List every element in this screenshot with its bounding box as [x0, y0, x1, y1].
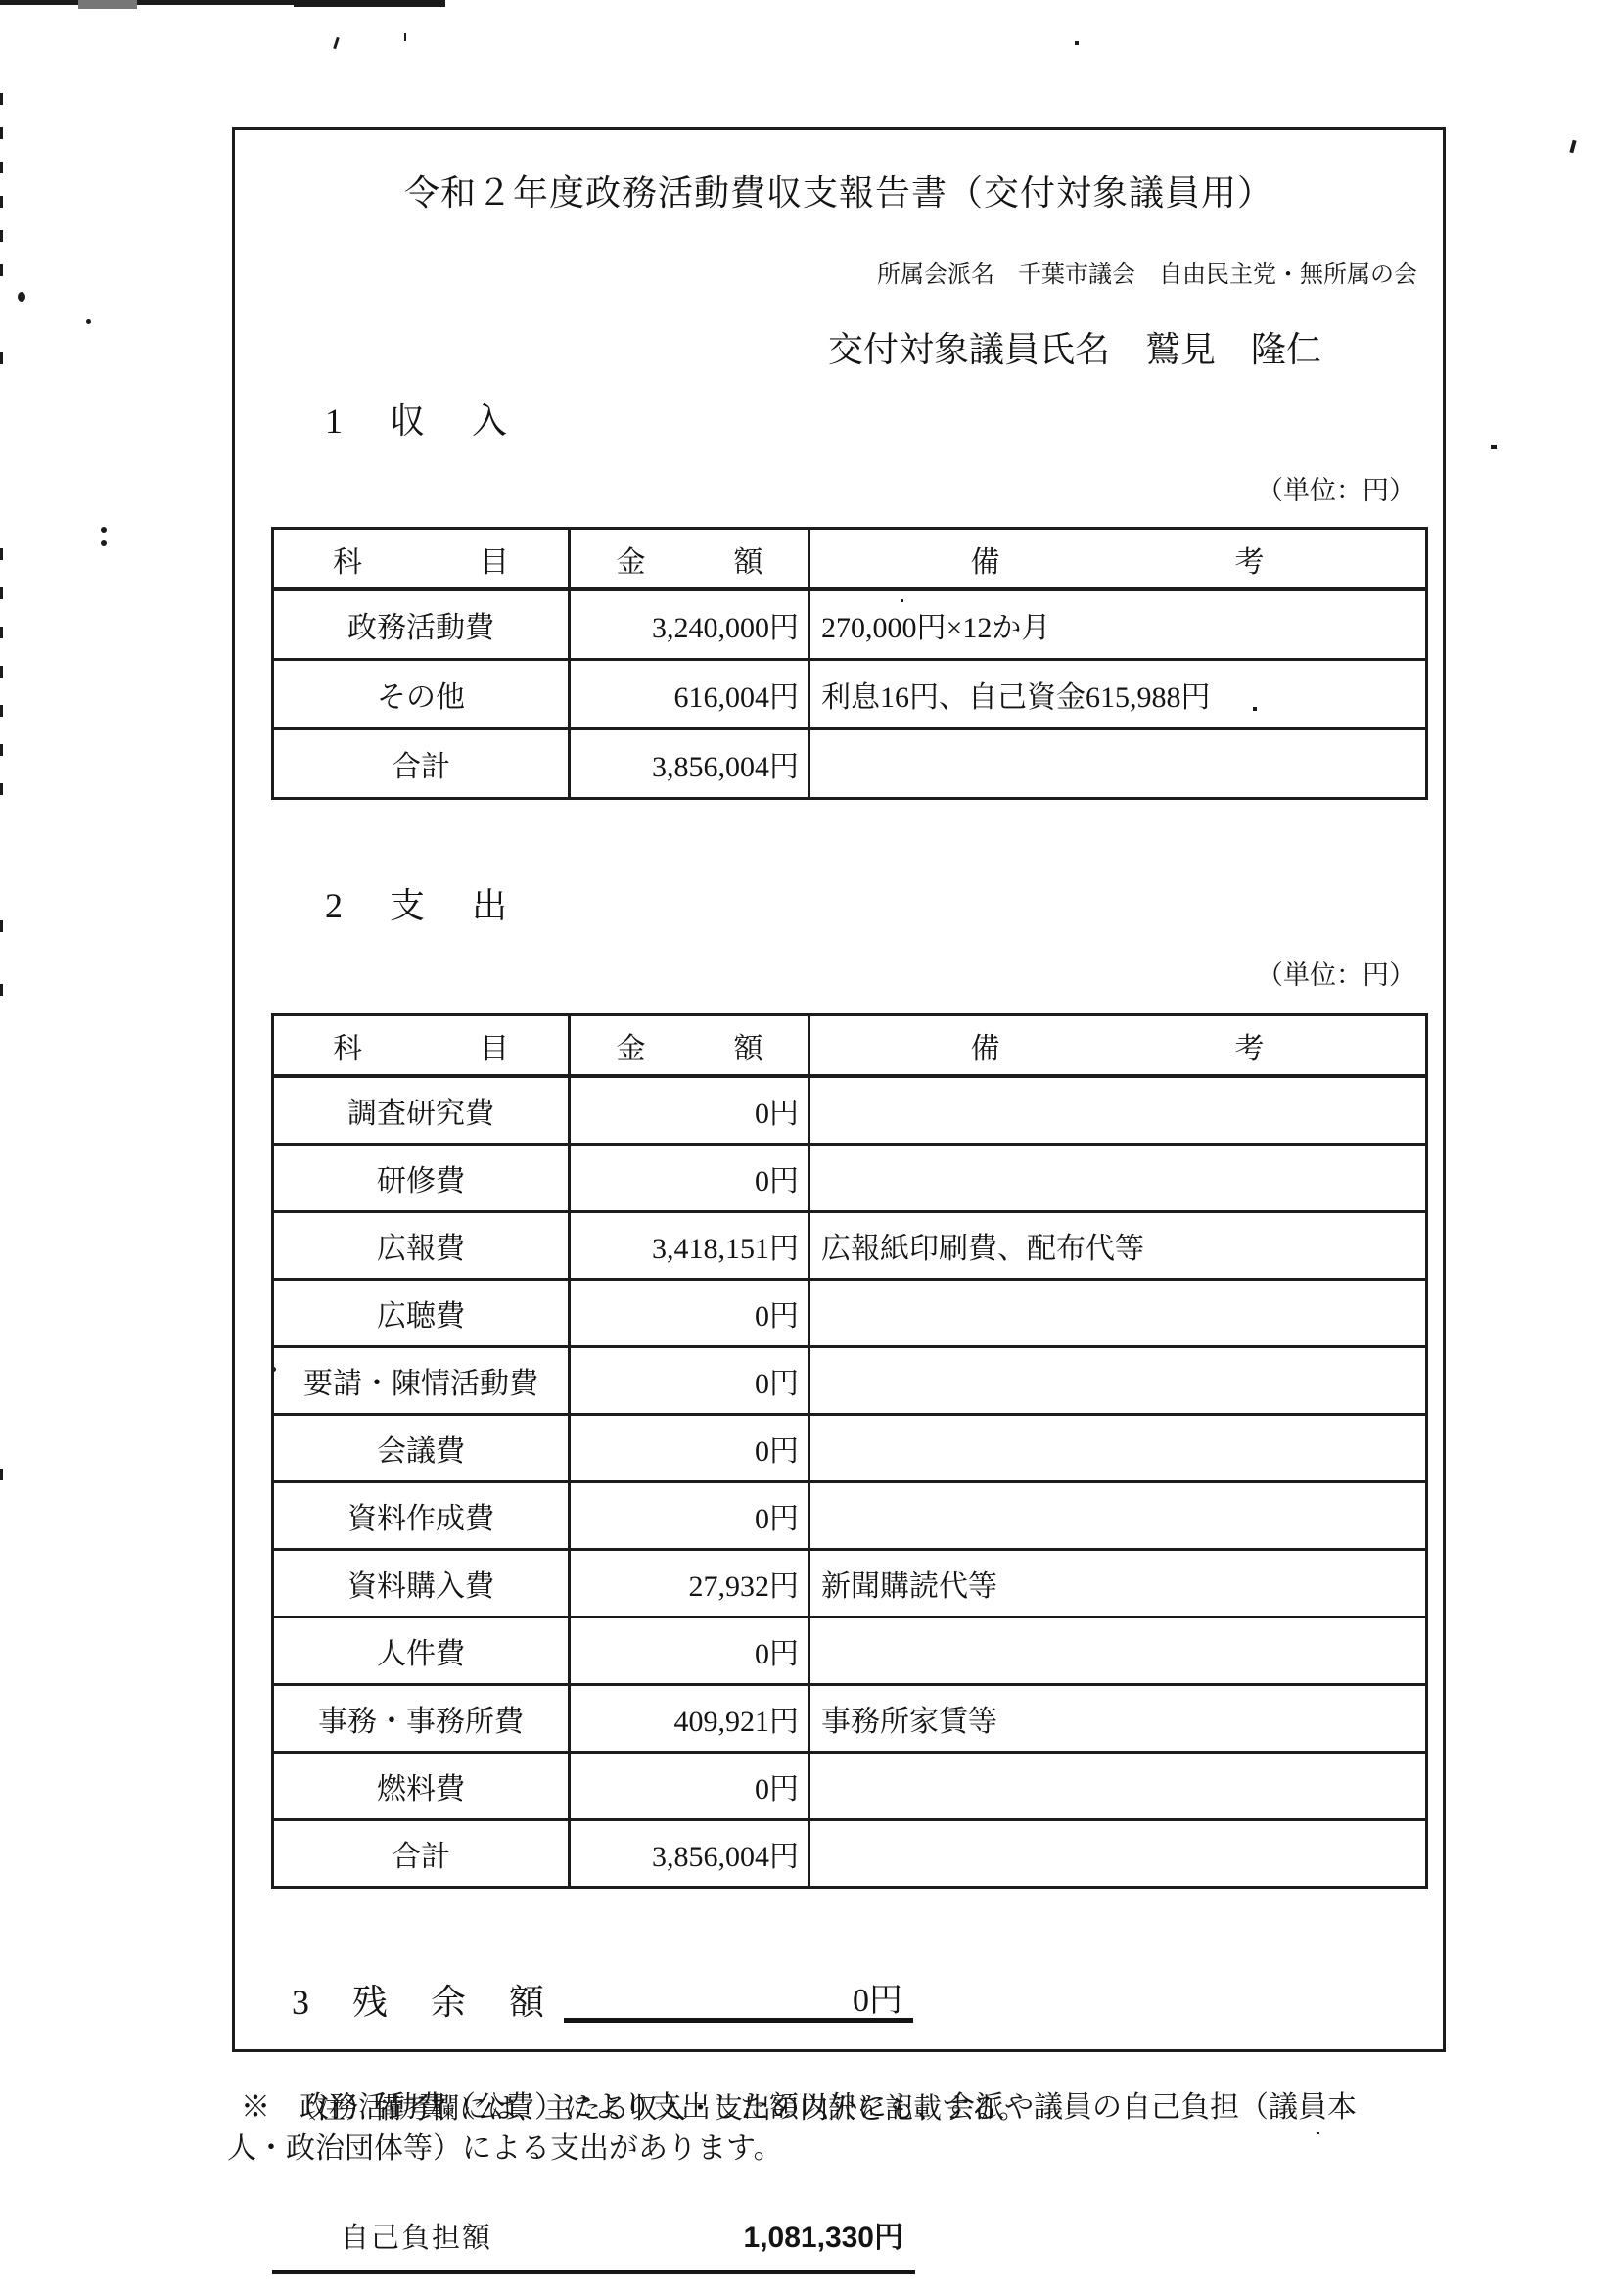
report-title: 令和２年度政務活動費収支報告書（交付対象議員用）	[235, 165, 1443, 215]
amount-cell: 0円	[570, 1076, 809, 1145]
scan-artifact	[0, 587, 3, 599]
amount-cell: 616,004円	[570, 660, 809, 729]
scan-artifact	[0, 162, 3, 173]
scan-artifact	[1491, 445, 1497, 449]
footnote-line-1: ※ 政務活動費（公費）により支出した額以外にも、会派や議員の自己負担（議員本	[227, 2087, 1500, 2129]
scan-artifact	[0, 1469, 3, 1480]
note-cell	[809, 1617, 1427, 1685]
note-cell	[809, 729, 1427, 799]
expense-row: 事務・事務所費 409,921円 事務所家賃等	[273, 1685, 1427, 1753]
item-cell: 研修費	[273, 1145, 570, 1212]
item-cell: 事務・事務所費	[273, 1685, 570, 1753]
amount-cell: 0円	[570, 1347, 809, 1415]
amount-cell: 3,418,151円	[570, 1212, 809, 1280]
income-row: 合計 3,856,004円	[273, 729, 1427, 799]
scan-artifact	[1569, 140, 1576, 154]
expense-table: 科 目 金 額 備 考 調査研究費 0円 研修費 0円	[271, 1013, 1428, 1889]
scan-artifact	[86, 319, 91, 324]
col-header-amount: 金 額	[570, 1015, 809, 1077]
unit-note-income: （単位：円）	[235, 469, 1443, 507]
amount-cell: 3,856,004円	[570, 1820, 809, 1888]
self-burden-amount: 1,081,330円	[744, 2213, 903, 2256]
note-cell	[809, 1482, 1427, 1550]
scan-artifact	[294, 0, 445, 7]
section-heading-expense: 2 支 出	[325, 878, 1443, 928]
expense-row: 人件費 0円	[273, 1617, 1427, 1685]
income-row: 政務活動費 3,240,000円 270,000円×12か月	[273, 589, 1427, 660]
expense-row: 燃料費 0円	[273, 1753, 1427, 1820]
amount-cell: 0円	[570, 1145, 809, 1212]
note-cell	[809, 1347, 1427, 1415]
section-heading-income: 1 収 入	[325, 394, 1443, 444]
scan-artifact	[0, 984, 3, 996]
col-header-item: 科 目	[273, 529, 570, 590]
item-cell: 政務活動費	[273, 589, 570, 660]
scan-artifact	[0, 627, 3, 638]
expense-row: 広聴費 0円	[273, 1280, 1427, 1347]
note-cell	[809, 1145, 1427, 1212]
scan-artifact	[0, 783, 3, 795]
scan-artifact	[0, 548, 3, 560]
note-cell	[809, 1415, 1427, 1482]
scan-artifact	[0, 196, 3, 208]
expense-row: 広報費 3,418,151円 広報紙印刷費、配布代等	[273, 1212, 1427, 1280]
note-cell: 利息16円、自己資金615,988円	[809, 660, 1427, 729]
self-burden-row: 自己負担額 1,081,330円	[272, 2201, 915, 2274]
scan-artifact	[333, 37, 340, 49]
item-cell: 資料購入費	[273, 1550, 570, 1617]
scan-artifact	[0, 705, 3, 717]
scanned-report-page: 令和２年度政務活動費収支報告書（交付対象議員用） 所属会派名 千葉市議会 自由民…	[0, 0, 1617, 2296]
item-cell: 合計	[273, 729, 570, 799]
amount-cell: 0円	[570, 1280, 809, 1347]
scan-artifact	[78, 0, 137, 9]
expense-row: 調査研究費 0円	[273, 1076, 1427, 1145]
public-expense-footnote: ※ 政務活動費（公費）により支出した額以外にも、会派や議員の自己負担（議員本 人…	[227, 2087, 1500, 2170]
scan-artifact	[404, 33, 406, 41]
item-cell: 広報費	[273, 1212, 570, 1280]
note-cell	[809, 1753, 1427, 1820]
note-cell: 270,000円×12か月	[809, 589, 1427, 660]
scan-artifact	[1075, 41, 1079, 45]
item-cell: 人件費	[273, 1617, 570, 1685]
scan-artifact	[0, 230, 3, 242]
income-table: 科 目 金 額 備 考 政務活動費 3,240,000円 270,000円×12…	[271, 527, 1428, 800]
item-cell: 会議費	[273, 1415, 570, 1482]
scan-artifact	[0, 93, 3, 105]
expense-header-row: 科 目 金 額 備 考	[273, 1015, 1427, 1077]
scan-artifact	[0, 0, 294, 5]
amount-cell: 3,856,004円	[570, 729, 809, 799]
scan-artifact	[101, 540, 107, 546]
note-cell: 事務所家賃等	[809, 1685, 1427, 1753]
item-cell: 要請・陳情活動費	[273, 1347, 570, 1415]
item-cell: 燃料費	[273, 1753, 570, 1820]
note-cell	[809, 1280, 1427, 1347]
item-cell: 広聴費	[273, 1280, 570, 1347]
item-cell: 資料作成費	[273, 1482, 570, 1550]
scan-artifact	[0, 127, 3, 139]
col-header-note: 備 考	[809, 529, 1427, 590]
note-cell	[809, 1820, 1427, 1888]
amount-cell: 0円	[570, 1415, 809, 1482]
expense-row: 資料購入費 27,932円 新聞購読代等	[273, 1550, 1427, 1617]
scan-artifact	[18, 292, 25, 302]
item-cell: 合計	[273, 1820, 570, 1888]
section-heading-balance: 3 残 余 額	[292, 1975, 548, 2025]
footnote-line-2: 人・政治団体等）による支出があります。	[227, 2129, 1500, 2170]
income-header-row: 科 目 金 額 備 考	[273, 529, 1427, 590]
income-row: その他 616,004円 利息16円、自己資金615,988円	[273, 660, 1427, 729]
col-header-note: 備 考	[809, 1015, 1427, 1077]
unit-note-expense: （単位：円）	[235, 954, 1443, 992]
note-cell: 新聞購読代等	[809, 1550, 1427, 1617]
scan-artifact	[0, 920, 3, 932]
note-cell: 広報紙印刷費、配布代等	[809, 1212, 1427, 1280]
balance-row: 3 残 余 額 0円	[235, 1973, 1443, 2047]
expense-row: 要請・陳情活動費 0円	[273, 1347, 1427, 1415]
scan-artifact	[0, 264, 3, 276]
amount-cell: 0円	[570, 1753, 809, 1820]
amount-cell: 0円	[570, 1482, 809, 1550]
expense-row: 合計 3,856,004円	[273, 1820, 1427, 1888]
amount-cell: 27,932円	[570, 1550, 809, 1617]
scan-artifact	[0, 352, 3, 364]
scan-artifact	[101, 527, 107, 533]
expense-row: 資料作成費 0円	[273, 1482, 1427, 1550]
scan-artifact	[0, 744, 3, 756]
faction-line: 所属会派名 千葉市議会 自由民主党・無所属の会	[235, 255, 1443, 289]
expense-row: 研修費 0円	[273, 1145, 1427, 1212]
item-cell: 調査研究費	[273, 1076, 570, 1145]
balance-amount: 0円	[564, 1973, 913, 2023]
scan-artifact	[0, 666, 3, 678]
report-border-box: 令和２年度政務活動費収支報告書（交付対象議員用） 所属会派名 千葉市議会 自由民…	[232, 127, 1446, 2052]
amount-cell: 3,240,000円	[570, 589, 809, 660]
note-cell	[809, 1076, 1427, 1145]
amount-cell: 0円	[570, 1617, 809, 1685]
col-header-item: 科 目	[273, 1015, 570, 1077]
expense-row: 会議費 0円	[273, 1415, 1427, 1482]
amount-cell: 409,921円	[570, 1685, 809, 1753]
member-name-line: 交付対象議員氏名 鷲見 隆仁	[235, 322, 1443, 372]
self-burden-label: 自己負担額	[341, 2216, 492, 2256]
item-cell: その他	[273, 660, 570, 729]
col-header-amount: 金 額	[570, 529, 809, 590]
